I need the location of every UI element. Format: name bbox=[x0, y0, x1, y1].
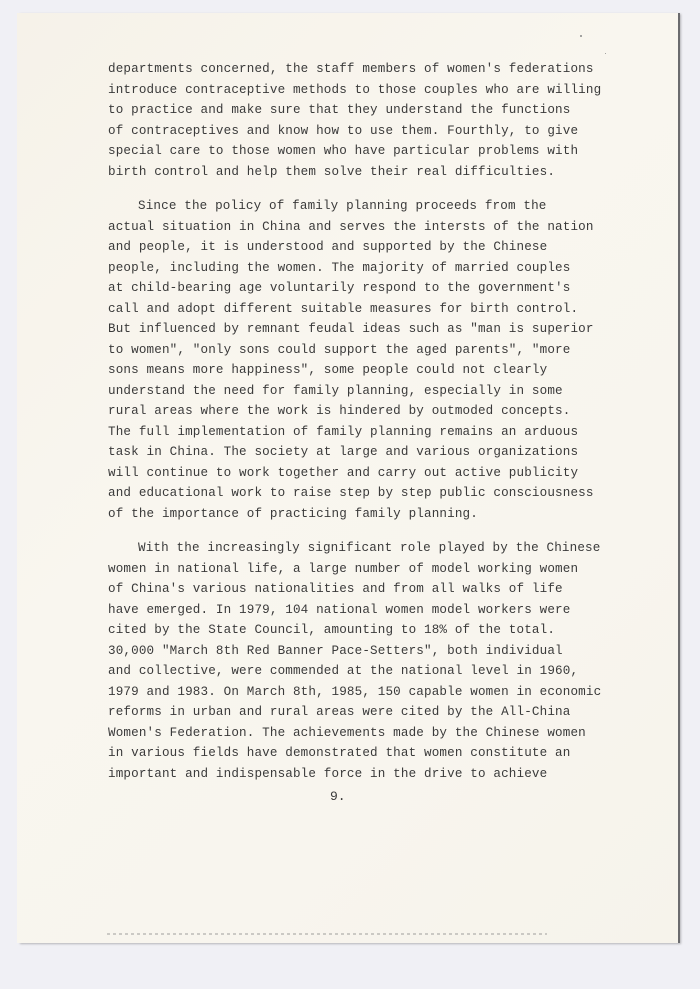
text-line: understand the need for family planning,… bbox=[108, 381, 628, 402]
text-line: 30,000 "March 8th Red Banner Pace-Setter… bbox=[108, 641, 628, 662]
text-line: Women's Federation. The achievements mad… bbox=[108, 723, 628, 744]
text-line: With the increasingly significant role p… bbox=[108, 538, 628, 559]
text-line: The full implementation of family planni… bbox=[108, 422, 628, 443]
paper-speck bbox=[580, 35, 582, 37]
text-line: people, including the women. The majorit… bbox=[108, 258, 628, 279]
text-line: reforms in urban and rural areas were ci… bbox=[108, 702, 628, 723]
text-line: at child-bearing age voluntarily respond… bbox=[108, 278, 628, 299]
text-line: will continue to work together and carry… bbox=[108, 463, 628, 484]
text-line: have emerged. In 1979, 104 national wome… bbox=[108, 600, 628, 621]
text-line: introduce contraceptive methods to those… bbox=[108, 80, 628, 101]
text-line: women in national life, a large number o… bbox=[108, 559, 628, 580]
paragraph: Since the policy of family planning proc… bbox=[108, 196, 628, 524]
bottom-edge-smudge bbox=[107, 933, 547, 935]
text-line: actual situation in China and serves the… bbox=[108, 217, 628, 238]
text-line: and people, it is understood and support… bbox=[108, 237, 628, 258]
text-line: Since the policy of family planning proc… bbox=[108, 196, 628, 217]
page-number: 9. bbox=[330, 789, 346, 804]
text-line: cited by the State Council, amounting to… bbox=[108, 620, 628, 641]
text-line: important and indispensable force in the… bbox=[108, 764, 628, 785]
document-body: departments concerned, the staff members… bbox=[108, 59, 628, 784]
document-page: departments concerned, the staff members… bbox=[17, 13, 678, 943]
text-line: departments concerned, the staff members… bbox=[108, 59, 628, 80]
text-line: call and adopt different suitable measur… bbox=[108, 299, 628, 320]
text-line: to women", "only sons could support the … bbox=[108, 340, 628, 361]
text-line: 1979 and 1983. On March 8th, 1985, 150 c… bbox=[108, 682, 628, 703]
text-line: special care to those women who have par… bbox=[108, 141, 628, 162]
text-line: task in China. The society at large and … bbox=[108, 442, 628, 463]
text-line: of China's various nationalities and fro… bbox=[108, 579, 628, 600]
text-line: and collective, were commended at the na… bbox=[108, 661, 628, 682]
paragraph: With the increasingly significant role p… bbox=[108, 538, 628, 784]
text-line: But influenced by remnant feudal ideas s… bbox=[108, 319, 628, 340]
text-line: in various fields have demonstrated that… bbox=[108, 743, 628, 764]
text-line: rural areas where the work is hindered b… bbox=[108, 401, 628, 422]
text-line: sons means more happiness", some people … bbox=[108, 360, 628, 381]
text-line: and educational work to raise step by st… bbox=[108, 483, 628, 504]
paper-speck bbox=[605, 53, 606, 54]
paragraph: departments concerned, the staff members… bbox=[108, 59, 628, 182]
text-line: of contraceptives and know how to use th… bbox=[108, 121, 628, 142]
text-line: to practice and make sure that they unde… bbox=[108, 100, 628, 121]
text-line: of the importance of practicing family p… bbox=[108, 504, 628, 525]
text-line: birth control and help them solve their … bbox=[108, 162, 628, 183]
